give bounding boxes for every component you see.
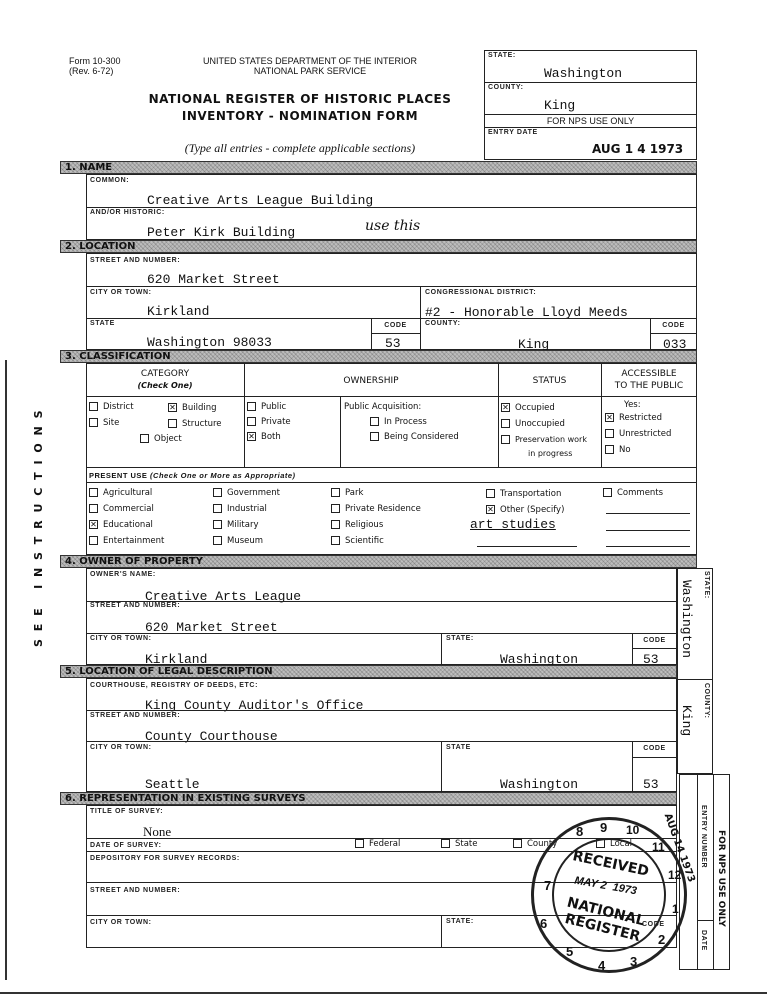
use-military[interactable]: Military — [213, 520, 259, 530]
entry-date-label: ENTRY DATE — [488, 129, 538, 136]
divider — [86, 207, 697, 208]
legal-code-label: CODE — [632, 745, 677, 752]
divider — [697, 920, 713, 921]
option-label: State — [455, 839, 478, 849]
side-county-label: COUNTY: — [703, 683, 710, 719]
option-label: Entertainment — [103, 536, 164, 546]
use-religious[interactable]: Religious — [331, 520, 383, 530]
county-label: COUNTY: — [425, 320, 461, 327]
checkbox-checked-icon[interactable]: ✕ — [168, 403, 177, 412]
checkbox-icon[interactable] — [370, 432, 379, 441]
option-label: Industrial — [227, 504, 267, 514]
historic-name-value[interactable]: Peter Kirk Building — [147, 225, 295, 240]
blank-line — [606, 530, 690, 531]
option-label: Building — [182, 403, 216, 413]
checkbox-checked-icon[interactable]: ✕ — [89, 520, 98, 529]
status-in-progress-label: in progress — [528, 449, 572, 458]
checkbox-icon[interactable] — [89, 418, 98, 427]
entry-number-label: ENTRY NUMBER — [700, 805, 707, 868]
checkbox-icon[interactable] — [513, 839, 522, 848]
received-stamp: 8 9 10 11 12 1 2 3 4 5 6 7 RECEIVED MAY … — [531, 817, 687, 973]
checkbox-icon[interactable] — [441, 839, 450, 848]
divider — [441, 741, 442, 792]
stamp-ring-number: 11 — [652, 840, 665, 854]
section-title: 5. LOCATION OF LEGAL DESCRIPTION — [65, 666, 273, 678]
use-comments[interactable]: Comments — [603, 488, 663, 498]
side-state-value: Washington — [679, 580, 694, 658]
accessible-no[interactable]: No — [605, 445, 631, 455]
use-entertainment[interactable]: Entertainment — [89, 536, 164, 546]
option-label: Government — [227, 488, 280, 498]
checkbox-icon[interactable] — [247, 402, 256, 411]
ownership-header: OWNERSHIP — [244, 376, 498, 386]
category-subheader: (Check One) — [86, 381, 244, 390]
legal-city-label: CITY OR TOWN: — [90, 744, 152, 751]
survey-street-label: STREET AND NUMBER: — [90, 887, 180, 894]
checkbox-checked-icon[interactable]: ✕ — [247, 432, 256, 441]
see-instructions-text: S E E I N S T R U C T I O N S — [32, 372, 45, 647]
page-bottom-edge — [0, 992, 767, 994]
checkbox-icon[interactable] — [605, 429, 614, 438]
form-number: Form 10-300 — [69, 56, 121, 66]
legal-state-label: STATE — [446, 744, 471, 751]
divider — [86, 482, 697, 483]
stamp-ring-number: 6 — [540, 916, 547, 931]
option-label: Commercial — [103, 504, 154, 514]
accessible-yes-label: Yes: — [624, 400, 641, 410]
divider — [484, 114, 697, 115]
divider — [371, 333, 420, 334]
status-unoccupied[interactable]: Unoccupied — [501, 419, 565, 429]
city-label: CITY OR TOWN: — [90, 289, 152, 296]
option-label: Scientific — [345, 536, 384, 546]
checkbox-checked-icon[interactable]: ✕ — [501, 403, 510, 412]
divider — [86, 318, 697, 319]
divider — [86, 396, 697, 397]
checkbox-icon[interactable] — [247, 417, 256, 426]
option-label: Both — [261, 432, 281, 442]
divider — [441, 915, 442, 948]
ownership-public[interactable]: Public — [247, 402, 286, 412]
stamp-ring-number: 1 — [672, 902, 679, 916]
use-transportation[interactable]: Transportation — [486, 489, 561, 499]
divider — [713, 774, 714, 970]
section-title: 1. NAME — [65, 162, 112, 174]
nps-side-use-only: FOR NPS USE ONLY — [716, 830, 726, 927]
option-label: Educational — [103, 520, 153, 530]
checkbox-icon[interactable] — [605, 445, 614, 454]
option-label: No — [619, 445, 631, 455]
checkbox-icon[interactable] — [331, 520, 340, 529]
classification-fields — [86, 363, 697, 555]
section-classification-header: 3. CLASSIFICATION — [60, 350, 697, 363]
checkbox-icon[interactable] — [168, 419, 177, 428]
checkbox-icon[interactable] — [331, 504, 340, 513]
page-edge — [5, 360, 7, 980]
use-agricultural[interactable]: Agricultural — [89, 488, 152, 498]
nps-county-value: King — [544, 98, 575, 113]
option-label: In Process — [384, 417, 427, 427]
divider — [86, 286, 697, 287]
option-label: Restricted — [619, 413, 662, 423]
checkbox-icon[interactable] — [213, 536, 222, 545]
present-use-subtitle: (Check One or More as Appropriate) — [150, 471, 296, 480]
option-label: Private Residence — [345, 504, 421, 514]
checkbox-checked-icon[interactable]: ✕ — [605, 413, 614, 422]
other-specify-value[interactable]: art studies — [470, 517, 556, 532]
divider — [86, 467, 697, 468]
accessible-header-2: TO THE PUBLIC — [601, 381, 697, 391]
checkbox-icon[interactable] — [370, 417, 379, 426]
owner-city-label: CITY OR TOWN: — [90, 635, 152, 642]
state-code-label: CODE — [371, 322, 420, 329]
use-park[interactable]: Park — [331, 488, 363, 498]
historic-name-label: AND/OR HISTORIC: — [90, 209, 165, 216]
divider — [340, 396, 341, 467]
divider — [677, 679, 713, 680]
section-name-header: 1. NAME — [60, 161, 697, 174]
option-label: Transportation — [500, 489, 561, 499]
survey-state-label: STATE: — [446, 918, 474, 925]
option-label: Site — [103, 418, 119, 428]
checkbox-icon[interactable] — [501, 419, 510, 428]
checkbox-icon[interactable] — [355, 839, 364, 848]
option-label: Park — [345, 488, 363, 498]
divider — [650, 333, 697, 334]
stamp-ring-number: 12 — [668, 868, 681, 882]
present-use-label: PRESENT USE (Check One or More as Approp… — [89, 471, 296, 480]
owner-name-label: OWNER'S NAME: — [90, 571, 156, 578]
blank-line — [477, 546, 577, 547]
divider — [632, 648, 677, 649]
blank-line — [606, 513, 690, 514]
use-industrial[interactable]: Industrial — [213, 504, 267, 514]
category-header: CATEGORY — [86, 369, 244, 379]
legal-code-value[interactable]: 53 — [643, 777, 659, 792]
status-occupied[interactable]: ✕Occupied — [501, 403, 555, 413]
status-preservation[interactable]: Preservation work — [501, 435, 587, 444]
checkbox-icon[interactable] — [89, 504, 98, 513]
stamp-ring-number: 4 — [598, 958, 605, 973]
side-county-value: King — [679, 705, 694, 736]
stamp-ring-number: 9 — [600, 820, 607, 835]
survey-level-federal[interactable]: Federal — [355, 839, 400, 849]
agency-name: NATIONAL PARK SERVICE — [150, 66, 470, 76]
stamp-ring-number: 8 — [576, 824, 583, 839]
checkbox-icon[interactable] — [213, 488, 222, 497]
checkbox-icon[interactable] — [501, 435, 510, 444]
section-title: 4. OWNER OF PROPERTY — [65, 556, 203, 568]
divider — [441, 633, 442, 665]
checkbox-checked-icon[interactable]: ✕ — [486, 505, 495, 514]
divider — [86, 633, 677, 634]
use-other[interactable]: ✕Other (Specify) — [486, 505, 564, 515]
state-code-value[interactable]: 53 — [385, 336, 401, 351]
option-label: District — [103, 402, 134, 412]
street-value[interactable]: 620 Market Street — [147, 272, 280, 287]
checkbox-icon[interactable] — [89, 488, 98, 497]
owner-street-label: STREET AND NUMBER: — [90, 602, 180, 609]
checkbox-icon[interactable] — [89, 402, 98, 411]
stamp-ring-number: 7 — [544, 878, 551, 893]
category-object[interactable]: Object — [140, 434, 182, 444]
category-building[interactable]: ✕Building — [168, 403, 216, 413]
state-value[interactable]: Washington 98033 — [147, 335, 272, 350]
status-header: STATUS — [498, 376, 601, 386]
section-location-header: 2. LOCATION — [60, 240, 697, 253]
handwritten-note: use this — [365, 218, 420, 234]
option-label: Museum — [227, 536, 263, 546]
option-label: Religious — [345, 520, 383, 530]
survey-title-label: TITLE OF SURVEY: — [90, 808, 163, 815]
section-title: 3. CLASSIFICATION — [65, 351, 171, 363]
ownership-both[interactable]: ✕Both — [247, 432, 281, 442]
side-date-label: DATE — [700, 930, 707, 951]
common-name-label: COMMON: — [90, 177, 129, 184]
district-label: CONGRESSIONAL DISTRICT: — [425, 289, 536, 296]
owner-state-label: STATE: — [446, 635, 474, 642]
form-revision: (Rev. 6-72) — [69, 66, 113, 76]
ownership-private[interactable]: Private — [247, 417, 291, 427]
use-private-residence[interactable]: Private Residence — [331, 504, 421, 514]
nps-use-only-label: FOR NPS USE ONLY — [484, 116, 697, 126]
courthouse-label: COURTHOUSE, REGISTRY OF DEEDS, ETC: — [90, 682, 258, 689]
checkbox-icon[interactable] — [331, 536, 340, 545]
divider — [484, 82, 697, 83]
accessible-unrestricted[interactable]: Unrestricted — [605, 429, 671, 439]
section-surveys-header: 6. REPRESENTATION IN EXISTING SURVEYS — [60, 792, 677, 805]
option-label: Structure — [182, 419, 222, 429]
checkbox-icon[interactable] — [213, 504, 222, 513]
see-instructions-sidebar: S E E I N S T R U C T I O N S — [30, 372, 46, 647]
option-label: Federal — [369, 839, 400, 849]
stamp-ring-number: 2 — [658, 932, 665, 947]
survey-level-state[interactable]: State — [441, 839, 478, 849]
option-label: Other (Specify) — [500, 505, 564, 515]
public-acquisition-label: Public Acquisition: — [344, 402, 421, 412]
acquisition-being-considered[interactable]: Being Considered — [370, 432, 459, 442]
section-title: 6. REPRESENTATION IN EXISTING SURVEYS — [65, 793, 306, 805]
survey-city-label: CITY OR TOWN: — [90, 919, 152, 926]
county-code-label: CODE — [650, 322, 697, 329]
stamp-ring-number: 3 — [630, 954, 637, 969]
entry-date-stamp: AUG 1 4 1973 — [592, 142, 683, 156]
department-name: UNITED STATES DEPARTMENT OF THE INTERIOR — [150, 56, 470, 66]
divider — [86, 710, 677, 711]
section-legal-header: 5. LOCATION OF LEGAL DESCRIPTION — [60, 665, 677, 678]
street-label: STREET AND NUMBER: — [90, 257, 180, 264]
use-scientific[interactable]: Scientific — [331, 536, 384, 546]
divider — [86, 741, 677, 742]
use-educational[interactable]: ✕Educational — [89, 520, 153, 530]
instructions-text: (Type all entries - complete applicable … — [110, 141, 490, 156]
legal-state-value[interactable]: Washington — [500, 777, 578, 792]
owner-code-label: CODE — [632, 637, 677, 644]
option-label: Public — [261, 402, 286, 412]
side-state-label: STATE: — [703, 571, 710, 599]
nps-state-value: Washington — [544, 66, 622, 81]
accessible-header-1: ACCESSIBLE — [601, 369, 697, 379]
form-title-line1: NATIONAL REGISTER OF HISTORIC PLACES — [110, 92, 490, 106]
checkbox-icon[interactable] — [213, 520, 222, 529]
state-label: STATE — [90, 320, 115, 327]
option-label: Object — [154, 434, 182, 444]
divider — [697, 774, 698, 970]
option-label: Military — [227, 520, 259, 530]
category-site[interactable]: Site — [89, 418, 119, 428]
use-government[interactable]: Government — [213, 488, 280, 498]
use-commercial[interactable]: Commercial — [89, 504, 154, 514]
divider — [484, 127, 697, 128]
option-label: Private — [261, 417, 291, 427]
survey-date-label: DATE OF SURVEY: — [90, 842, 162, 849]
form-title-line2: INVENTORY - NOMINATION FORM — [110, 109, 490, 123]
owner-fields — [86, 568, 677, 665]
present-use-title: PRESENT USE — [89, 471, 147, 480]
stamp-ring-number: 5 — [566, 944, 573, 959]
option-label: Being Considered — [384, 432, 459, 442]
depository-label: DEPOSITORY FOR SURVEY RECORDS: — [90, 855, 240, 862]
checkbox-icon[interactable] — [486, 489, 495, 498]
accessible-restricted[interactable]: ✕Restricted — [605, 413, 662, 423]
use-museum[interactable]: Museum — [213, 536, 263, 546]
section-title: 2. LOCATION — [65, 241, 135, 253]
option-label: Unrestricted — [619, 429, 671, 439]
checkbox-icon[interactable] — [331, 488, 340, 497]
option-label: Occupied — [515, 403, 555, 413]
option-label: Comments — [617, 488, 663, 498]
acquisition-in-process[interactable]: In Process — [370, 417, 427, 427]
nps-state-label: STATE: — [488, 52, 516, 59]
stamp-ring-number: 10 — [626, 823, 639, 837]
nps-county-label: COUNTY: — [488, 84, 524, 91]
city-value[interactable]: Kirkland — [147, 304, 209, 319]
checkbox-icon[interactable] — [140, 434, 149, 443]
checkbox-icon[interactable] — [603, 488, 612, 497]
divider — [632, 757, 677, 758]
blank-line — [606, 546, 690, 547]
option-label: Preservation work — [515, 435, 587, 444]
legal-street-label: STREET AND NUMBER: — [90, 712, 180, 719]
category-district[interactable]: District — [89, 402, 134, 412]
common-name-value[interactable]: Creative Arts League Building — [147, 193, 373, 208]
legal-city-value[interactable]: Seattle — [145, 777, 200, 792]
section-owner-header: 4. OWNER OF PROPERTY — [60, 555, 697, 568]
option-label: Agricultural — [103, 488, 152, 498]
category-structure[interactable]: Structure — [168, 419, 222, 429]
option-label: Unoccupied — [515, 419, 565, 429]
checkbox-icon[interactable] — [89, 536, 98, 545]
